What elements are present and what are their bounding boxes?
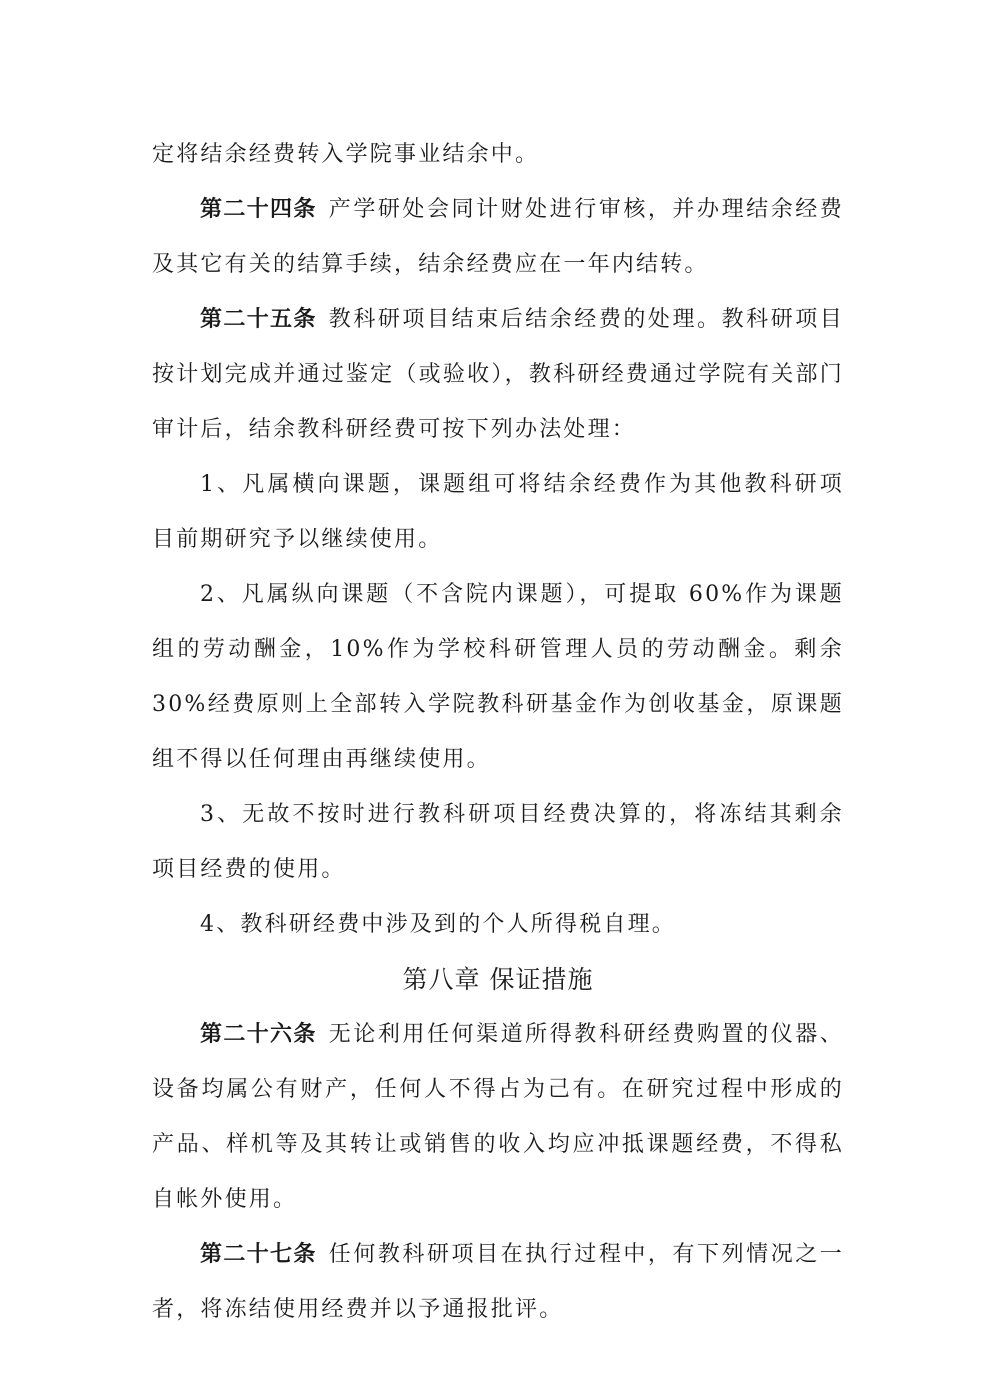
article-number: 第二十五条 [200,307,317,332]
paragraph-text: 无论利用任何渠道所得教科研经费购置的仪器、设备均属公有财产，任何人不得占为己有。… [152,1022,844,1212]
article-25: 第二十五条教科研项目结束后结余经费的处理。教科研项目按计划完成并通过鉴定（或验收… [152,292,844,457]
article-number: 第二十六条 [200,1022,317,1047]
article-number: 第二十四条 [200,197,317,222]
paragraph-text: 1、凡属横向课题，课题组可将结余经费作为其他教科研项目前期研究予以继续使用。 [152,472,844,552]
paragraph-text: 3、无故不按时进行教科研项目经费决算的，将冻结其剩余项目经费的使用。 [152,802,844,882]
document-page: 定将结余经费转入学院事业结余中。 第二十四条产学研处会同计财处进行审核，并办理结… [152,127,844,1337]
article-24: 第二十四条产学研处会同计财处进行审核，并办理结余经费及其它有关的结算手续，结余经… [152,182,844,292]
paragraph-text: 定将结余经费转入学院事业结余中。 [152,142,539,167]
list-item-3: 3、无故不按时进行教科研项目经费决算的，将冻结其剩余项目经费的使用。 [152,787,844,897]
paragraph-text: 4、教科研经费中涉及到的个人所得税自理。 [200,912,676,937]
list-item-2: 2、凡属纵向课题（不含院内课题），可提取 60%作为课题组的劳动酬金，10%作为… [152,567,844,787]
list-item-1: 1、凡属横向课题，课题组可将结余经费作为其他教科研项目前期研究予以继续使用。 [152,457,844,567]
chapter-title: 第八章 保证措施 [152,952,844,1007]
article-number: 第二十七条 [200,1242,317,1267]
list-item-4: 4、教科研经费中涉及到的个人所得税自理。 [152,897,844,952]
article-27: 第二十七条任何教科研项目在执行过程中，有下列情况之一者，将冻结使用经费并以予通报… [152,1227,844,1337]
article-26: 第二十六条无论利用任何渠道所得教科研经费购置的仪器、设备均属公有财产，任何人不得… [152,1007,844,1227]
paragraph-text: 2、凡属纵向课题（不含院内课题），可提取 60%作为课题组的劳动酬金，10%作为… [152,582,844,772]
paragraph-continuation: 定将结余经费转入学院事业结余中。 [152,127,844,182]
